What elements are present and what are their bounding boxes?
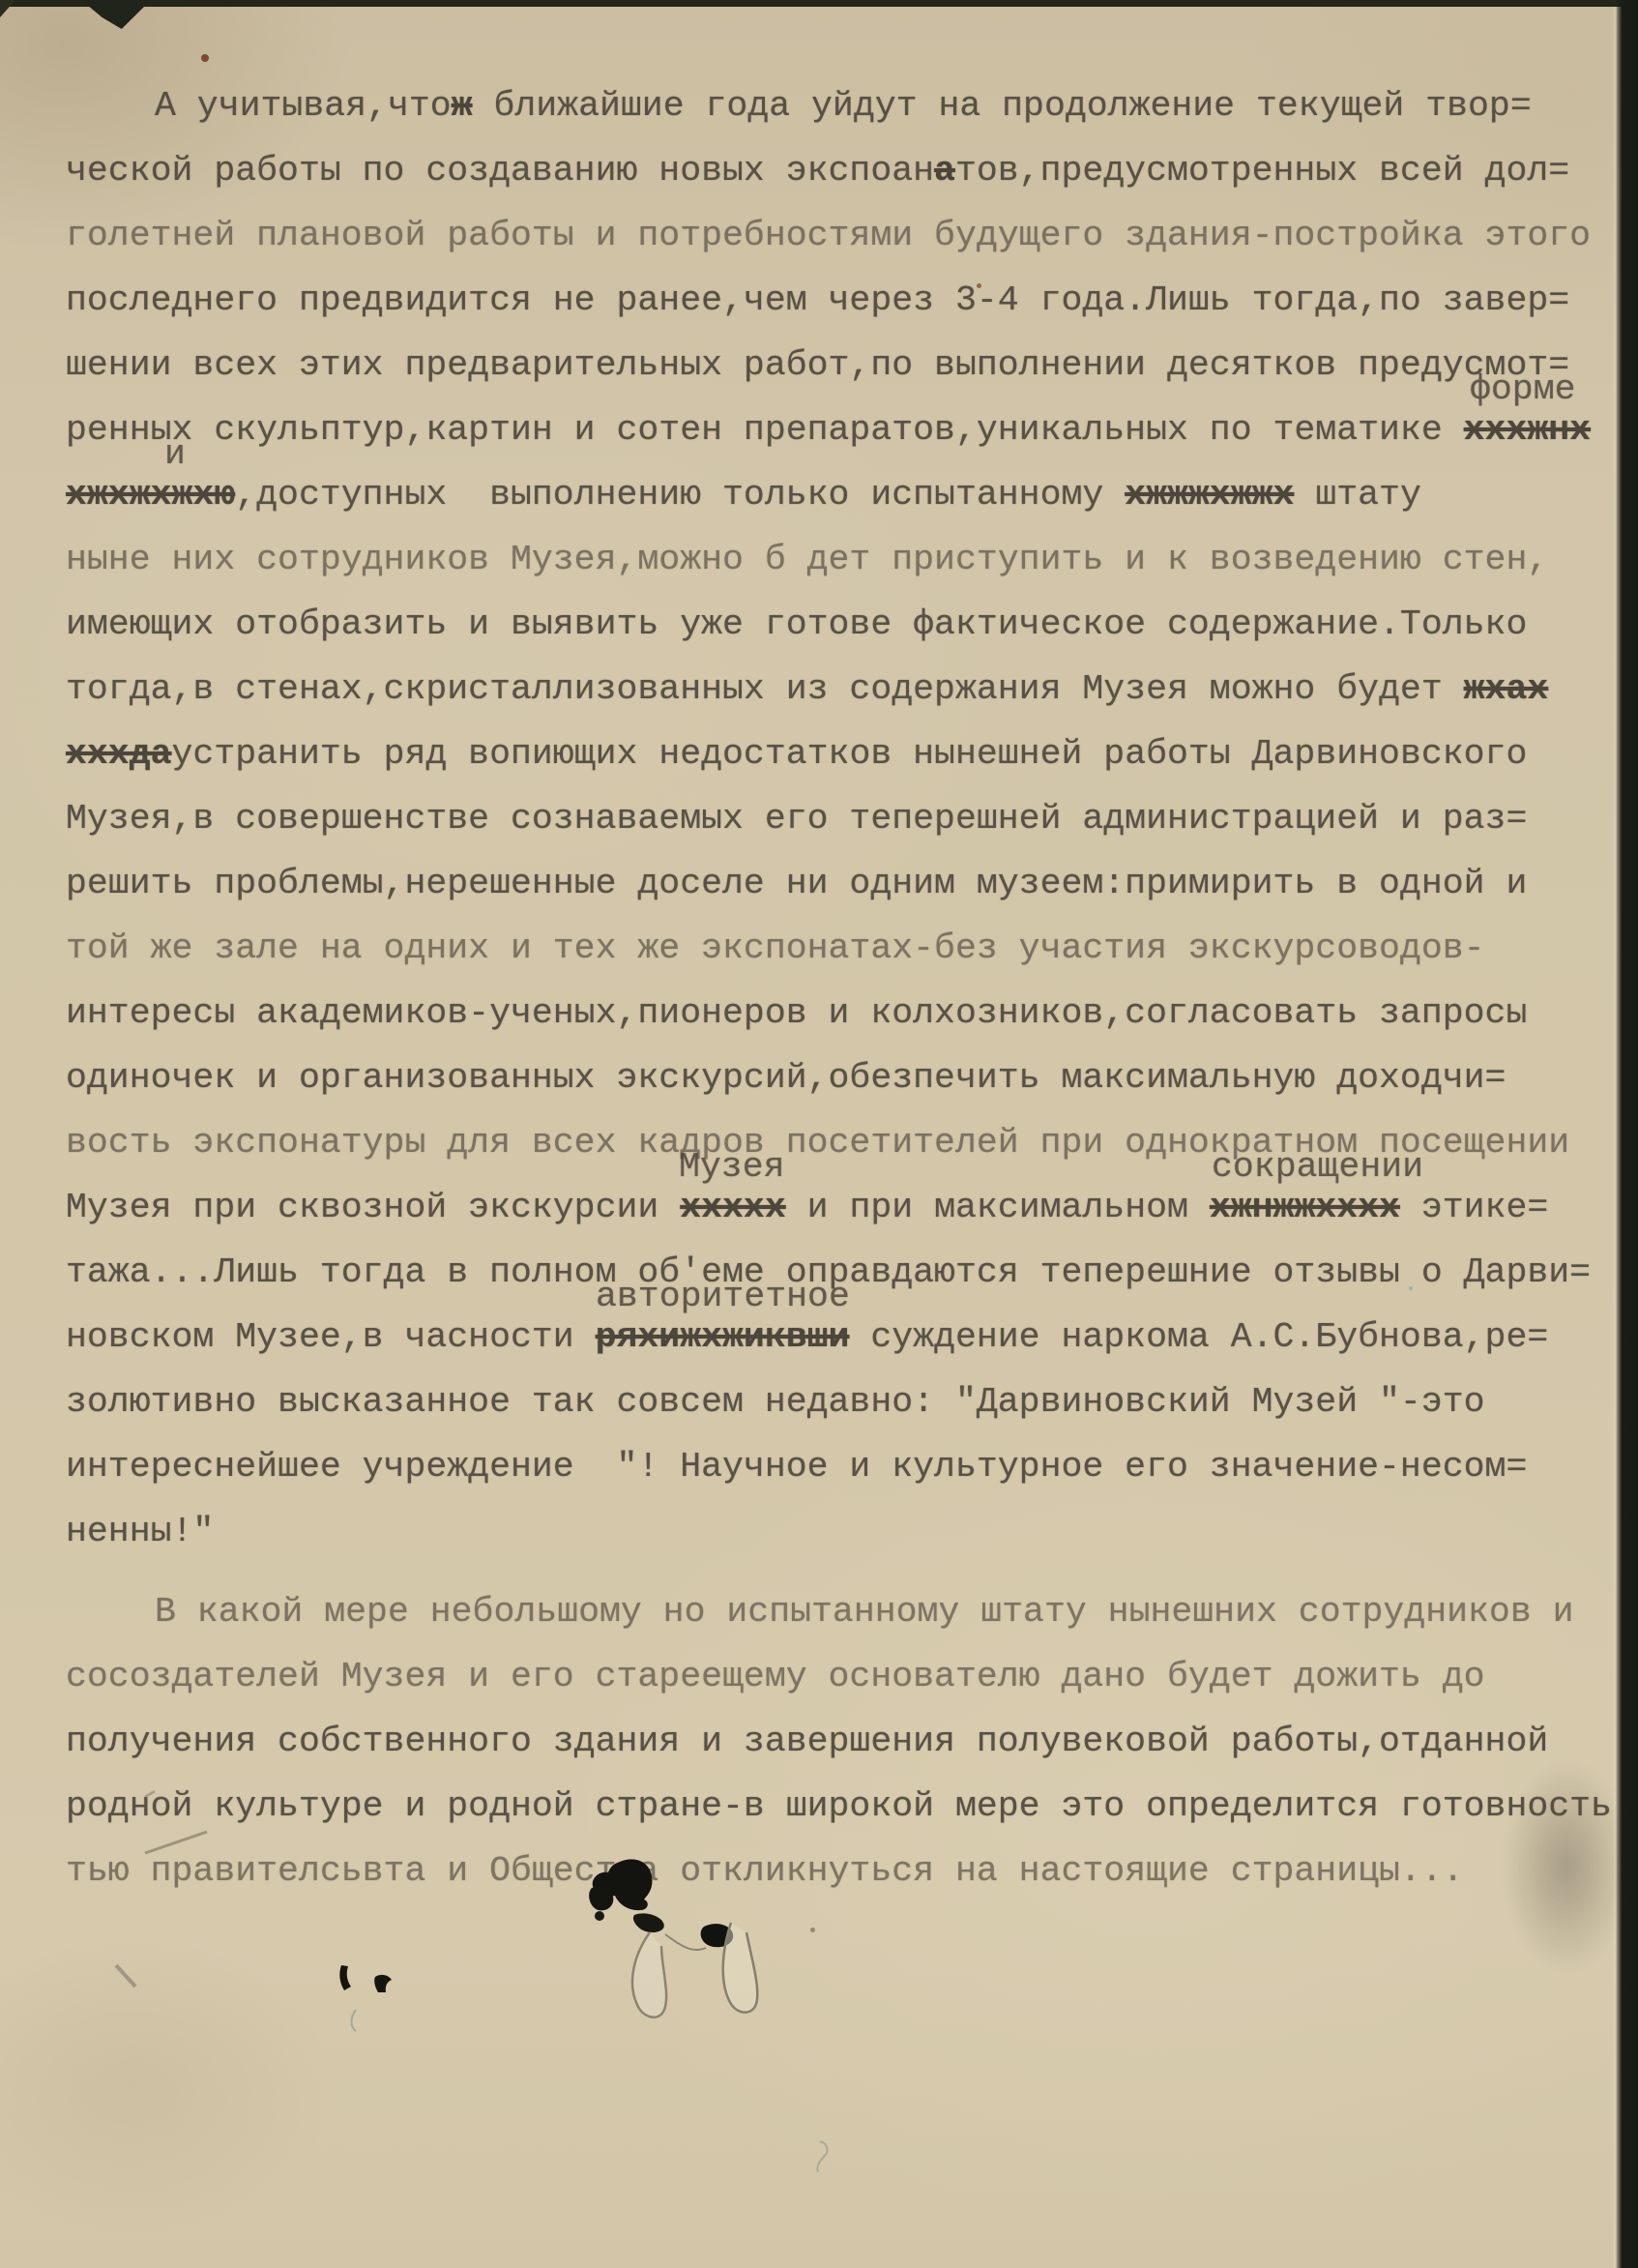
pencil-curl <box>352 2010 357 2031</box>
typed-line: интересы академиков-ученых,пионеров и ко… <box>66 981 1623 1046</box>
typed-line: решить проблемы,нерешенные доселе ни одн… <box>66 851 1623 916</box>
typed-line: ненны!" <box>66 1499 1623 1564</box>
typed-line: ихжхжхжхю,доступных выполнению только ис… <box>66 462 1623 527</box>
typed-text-segment: решить проблемы,нерешенные доселе ни одн… <box>66 864 1527 903</box>
typed-text-segment: голетней плановой работы и потребностями… <box>66 216 1591 255</box>
struck-out-text: хххда <box>66 734 172 774</box>
typed-text-segment: и при максимальном <box>786 1188 1210 1227</box>
typed-text-segment: сосоздателей Музея и его стареещему осно… <box>66 1657 1485 1696</box>
typed-text-segment: имеющих отобразить и выявить уже готове … <box>66 604 1527 644</box>
typed-line: одиночек и организованных экскурсий,обез… <box>66 1046 1623 1110</box>
ink-blob <box>701 1924 734 1947</box>
ink-doodle-loop-right <box>723 1923 758 2013</box>
ink-tick <box>374 1975 392 1992</box>
typed-line: МузеясокращенииМузея при сквозной экскур… <box>66 1175 1623 1240</box>
typed-line: ческой работы по создаванию новых экспоа… <box>66 138 1623 203</box>
typed-line: сосоздателей Музея и его стареещему осно… <box>66 1644 1623 1709</box>
struck-out-text: хххжнх <box>1464 410 1591 450</box>
ink-doodle-loop-left <box>632 1932 666 2018</box>
struck-out-text: хжжжхжжх <box>1125 475 1294 515</box>
typed-line: голетней плановой работы и потребностями… <box>66 203 1623 268</box>
typed-text-segment: Музея,в совершенстве сознаваемых его теп… <box>66 799 1527 839</box>
typed-text-segment: той же зале на одних и тех же экспонатах… <box>66 928 1485 968</box>
struck-out-text: жхах <box>1464 669 1549 709</box>
ink-doodle-bridge <box>665 1934 706 1950</box>
ink-tick <box>339 1965 351 1990</box>
typed-line: тогда,в стенах,скристаллизованных из сод… <box>66 657 1623 722</box>
typed-text-segment: родной культуре и родной стране-в широко… <box>66 1786 1612 1826</box>
interline-insertion: Музея <box>679 1153 785 1182</box>
interline-insertion: и <box>164 440 186 469</box>
typed-text-segment: Музея при сквозной экскурсии <box>66 1188 680 1227</box>
typed-line: В какой мере небольшому но испытанному ш… <box>66 1579 1623 1644</box>
typed-line: шении всех этих предварительных работ,по… <box>66 333 1623 398</box>
struck-out-text: ххххх <box>680 1188 786 1227</box>
struck-out-text: а <box>934 151 955 191</box>
typed-text: А учитывая,чтож ближайшие года уйдут на … <box>66 74 1623 1903</box>
typed-text-segment: ближайшие года уйдут на продолжение теку… <box>473 86 1532 126</box>
pencil-stroke <box>116 1965 135 1987</box>
typed-text-segment: устранить ряд вопиющих недостатков нынеш… <box>172 734 1528 774</box>
struck-out-text: ряхижхжиквши <box>596 1317 850 1357</box>
typed-text-segment: интересы академиков-ученых,пионеров и ко… <box>66 993 1527 1033</box>
typed-text-segment: одиночек и организованных экскурсий,обез… <box>66 1058 1506 1098</box>
typed-text-segment: золютивно высказанное так совсем недавно… <box>66 1382 1485 1422</box>
typed-text-segment: тью правителсьвта и Общества откликнутьс… <box>66 1851 1464 1891</box>
typed-line: интереснейшее учреждение "! Научное и ку… <box>66 1434 1623 1499</box>
typed-line: имеющих отобразить и выявить уже готове … <box>66 592 1623 657</box>
typed-line: авторитетноеновском Музее,в часности рях… <box>66 1305 1623 1370</box>
typed-text-segment: В какой мере небольшому но испытанному ш… <box>155 1592 1574 1632</box>
typed-text-segment: получения собственного здания и завершен… <box>66 1722 1548 1761</box>
struck-out-text: хжнжжхххх <box>1210 1188 1400 1227</box>
typed-text-segment: штату <box>1294 475 1420 515</box>
typed-line: формеренных скульптур,картин и сотен пре… <box>66 398 1623 462</box>
typed-text-segment: ныне них сотрудников Музея,можно б дет п… <box>66 540 1548 579</box>
typed-text-segment: суждение наркома А.С.Бубнова,ре= <box>849 1317 1548 1357</box>
ink-smear <box>633 1913 664 1932</box>
typed-line: получения собственного здания и завершен… <box>66 1709 1623 1774</box>
typed-text-segment: тогда,в стенах,скристаллизованных из сод… <box>66 669 1464 709</box>
struck-out-text: ж <box>452 86 473 126</box>
interline-insertion: авторитетное <box>596 1282 850 1311</box>
scan-edge-right <box>1615 0 1638 2268</box>
typed-line: хххдаустранить ряд вопиющих недостатков … <box>66 722 1623 786</box>
typed-text-segment: интереснейшее учреждение "! Научное и ку… <box>66 1447 1527 1487</box>
typed-line: золютивно высказанное так совсем недавно… <box>66 1370 1623 1434</box>
typed-line: ныне них сотрудников Музея,можно б дет п… <box>66 527 1623 592</box>
typed-text-segment: тов,предусмотренных всей дол= <box>955 151 1569 191</box>
scanned-page: А учитывая,чтож ближайшие года уйдут на … <box>0 0 1638 2268</box>
interline-insertion: форме <box>1470 375 1576 404</box>
typed-text-segment: новском Музее,в часности <box>66 1317 596 1357</box>
typed-text-segment: ренных скульптур,картин и сотен препарат… <box>66 410 1464 450</box>
paper-tear-icon <box>81 0 151 29</box>
ink-drip <box>595 1911 604 1921</box>
typed-line: А учитывая,чтож ближайшие года уйдут на … <box>66 74 1623 138</box>
typed-text-segment: последнего предвидится не ранее,чем чере… <box>66 280 1569 320</box>
typed-text-segment: шении всех этих предварительных работ,по… <box>66 345 1569 385</box>
typed-line: родной культуре и родной стране-в широко… <box>66 1774 1623 1839</box>
paper-speck <box>810 1928 815 1932</box>
struck-out-text: хжхжхжхю <box>66 475 235 515</box>
interline-insertion: сокращении <box>1212 1153 1423 1182</box>
paper-speck <box>201 54 209 62</box>
typed-text-segment: ,доступных выполнению только испытанному <box>235 475 1125 515</box>
pencil-curl <box>817 2141 827 2172</box>
typed-line: тью правителсьвта и Общества откликнутьс… <box>66 1839 1623 1903</box>
scan-edge-top <box>0 0 1638 7</box>
typed-line: Музея,в совершенстве сознаваемых его теп… <box>66 786 1623 851</box>
typed-line: той же зале на одних и тех же экспонатах… <box>66 916 1623 981</box>
typed-text-segment: этике= <box>1400 1188 1548 1227</box>
typed-text-segment: ческой работы по создаванию новых экспоа… <box>66 151 934 191</box>
typed-text-segment: А учитывая,что <box>155 86 452 126</box>
typed-line: последнего предвидится не ранее,чем чере… <box>66 268 1623 333</box>
typed-text-segment: ненны!" <box>66 1512 214 1551</box>
